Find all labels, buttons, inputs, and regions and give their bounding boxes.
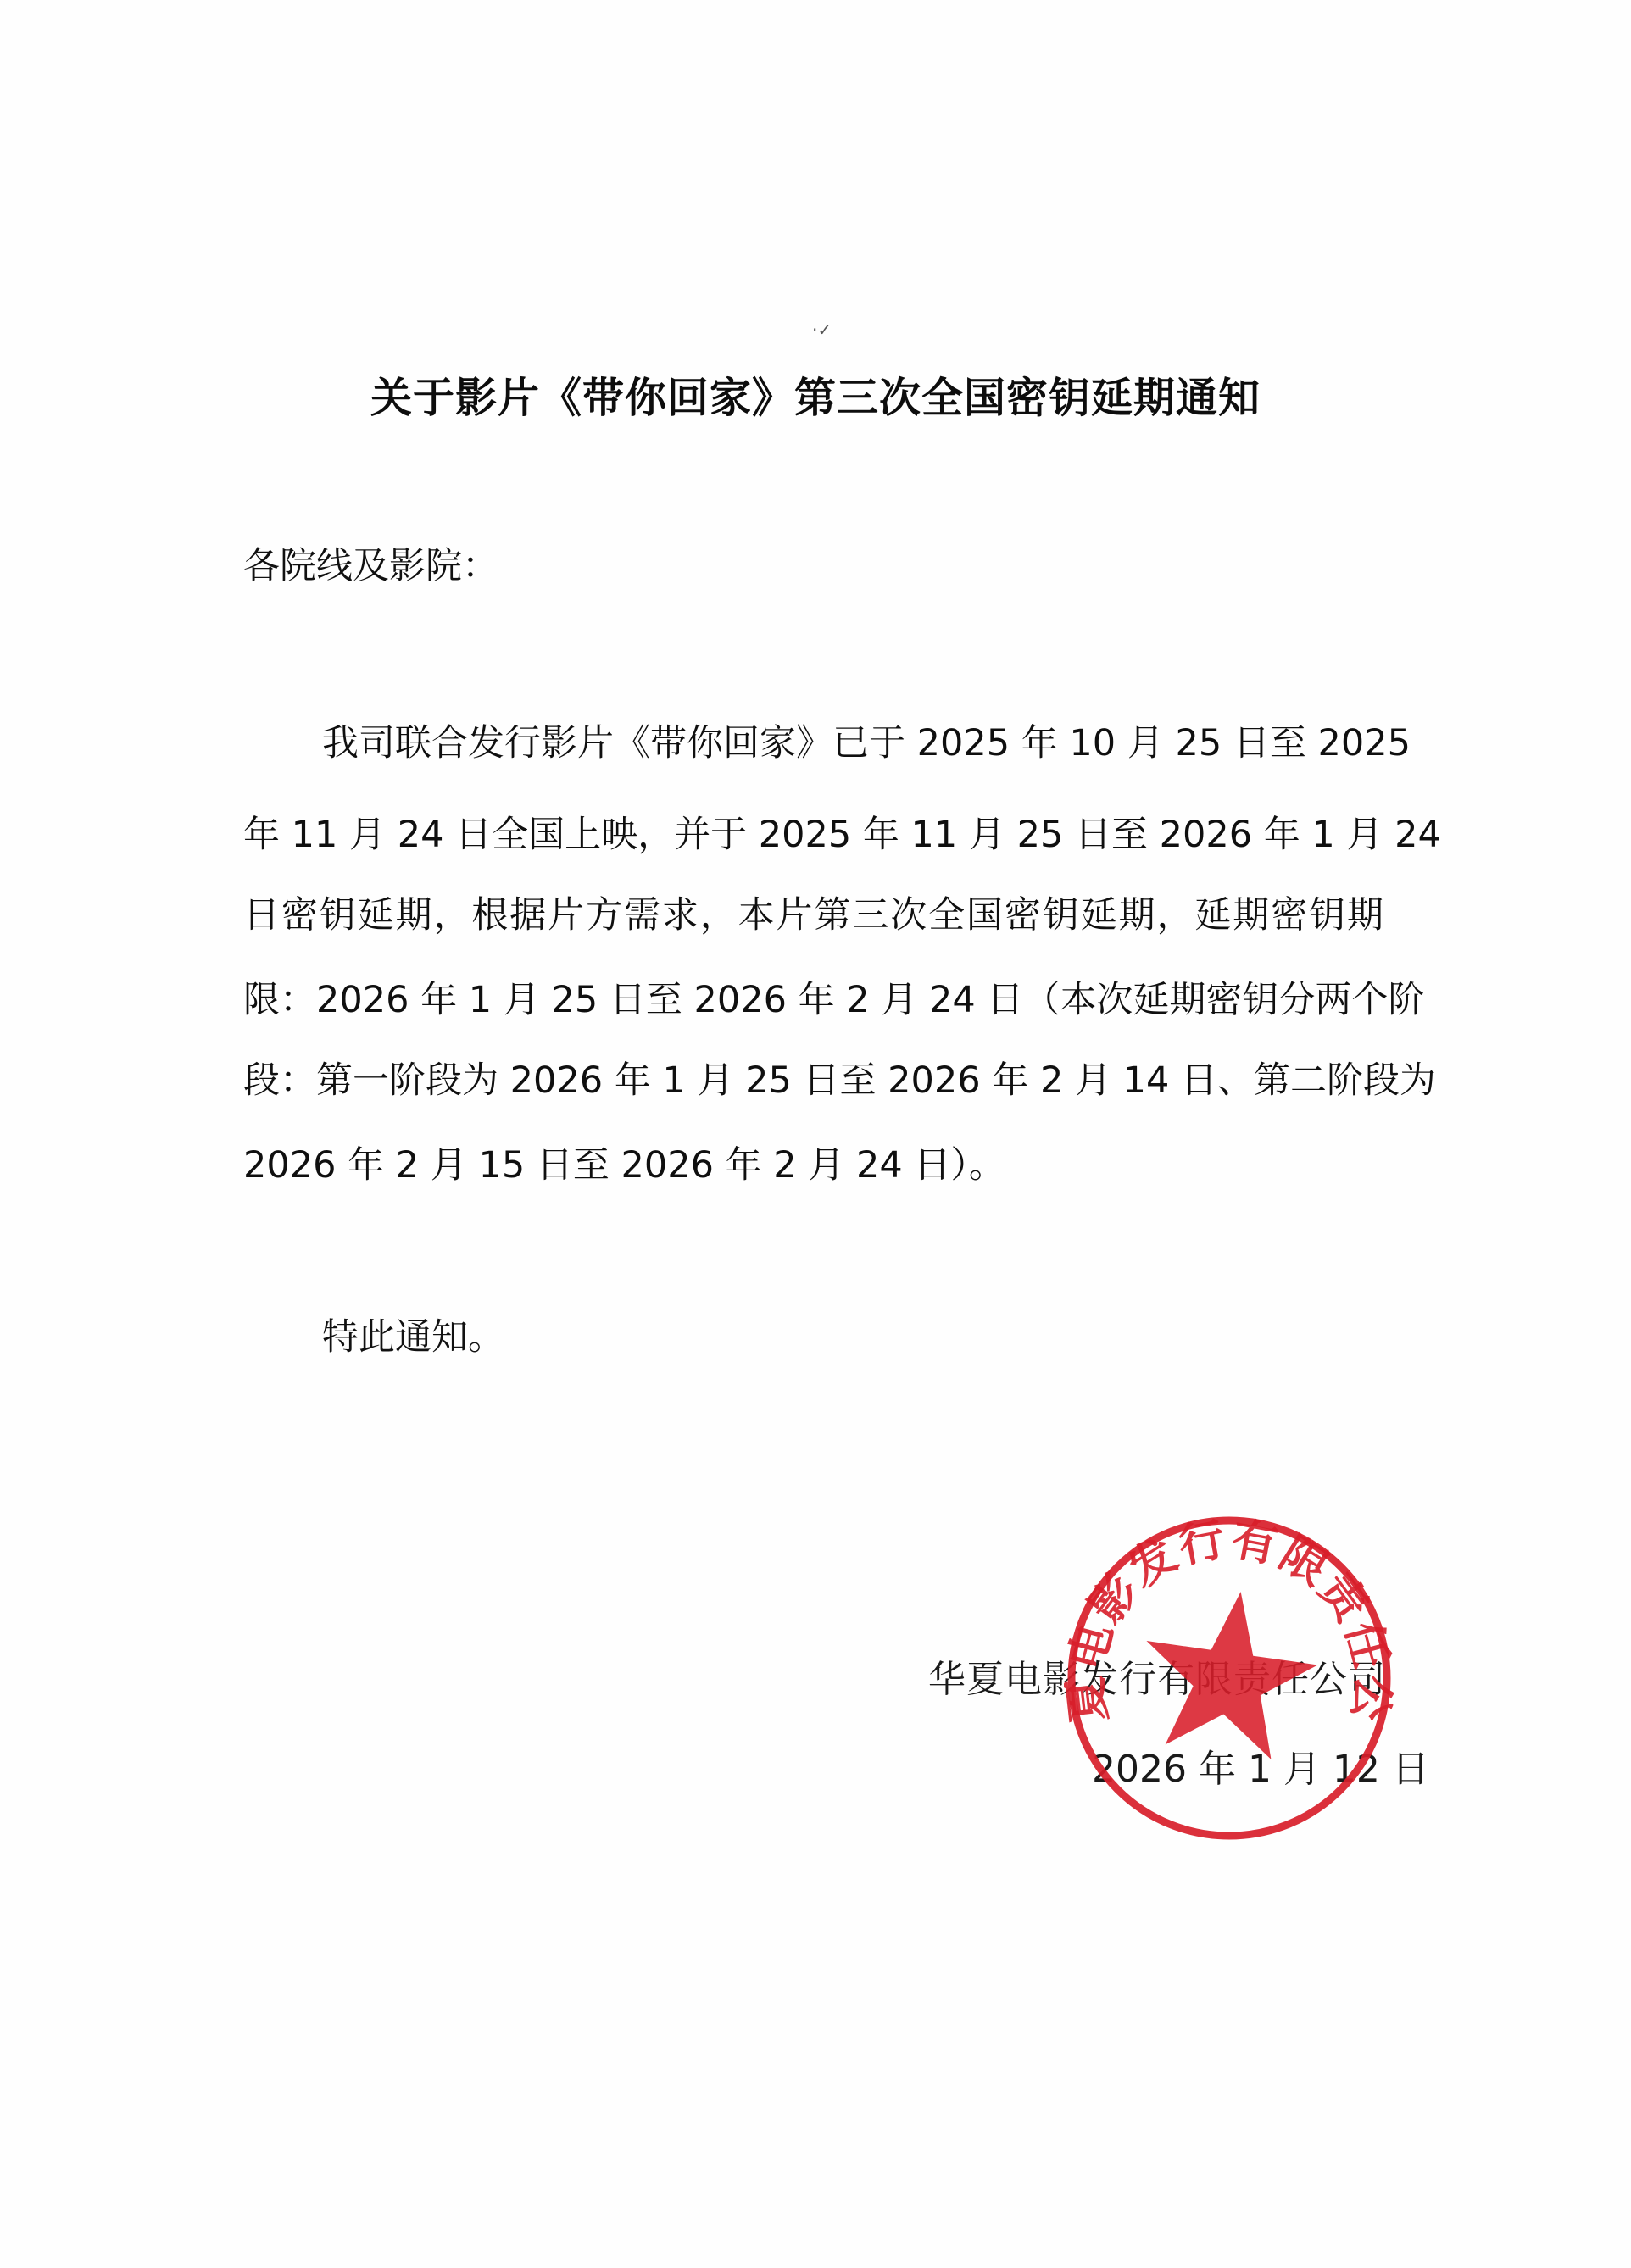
scan-mark: ·✓ bbox=[812, 320, 838, 339]
document-title: 关于影片《带你回家》第三次全国密钥延期通知 bbox=[0, 371, 1631, 425]
closing-remark: 特此通知。 bbox=[322, 1312, 504, 1363]
body-line-1: 我司联合发行影片《带你回家》已于 2025 年 10 月 25 日至 2025 bbox=[322, 718, 1383, 769]
document-page: ·✓ 关于影片《带你回家》第三次全国密钥延期通知 各院线及影院： 我司联合发行影… bbox=[0, 0, 1631, 2268]
body-line-4: 限：2026 年 1 月 25 日至 2026 年 2 月 24 日（本次延期密… bbox=[243, 975, 1383, 1026]
body-line-6: 2026 年 2 月 15 日至 2026 年 2 月 24 日）。 bbox=[243, 1140, 1005, 1191]
body-line-2: 年 11 月 24 日全国上映，并于 2025 年 11 月 25 日至 202… bbox=[243, 809, 1383, 860]
body-line-3: 日密钥延期，根据片方需求，本片第三次全国密钥延期，延期密钥期 bbox=[243, 890, 1383, 941]
salutation: 各院线及影院： bbox=[243, 541, 498, 592]
body-line-5: 段：第一阶段为 2026 年 1 月 25 日至 2026 年 2 月 14 日… bbox=[243, 1055, 1383, 1106]
signature-organization: 华夏电影发行有限责任公司 bbox=[928, 1654, 1386, 1705]
signature-date: 2026 年 1 月 12 日 bbox=[1092, 1744, 1429, 1795]
